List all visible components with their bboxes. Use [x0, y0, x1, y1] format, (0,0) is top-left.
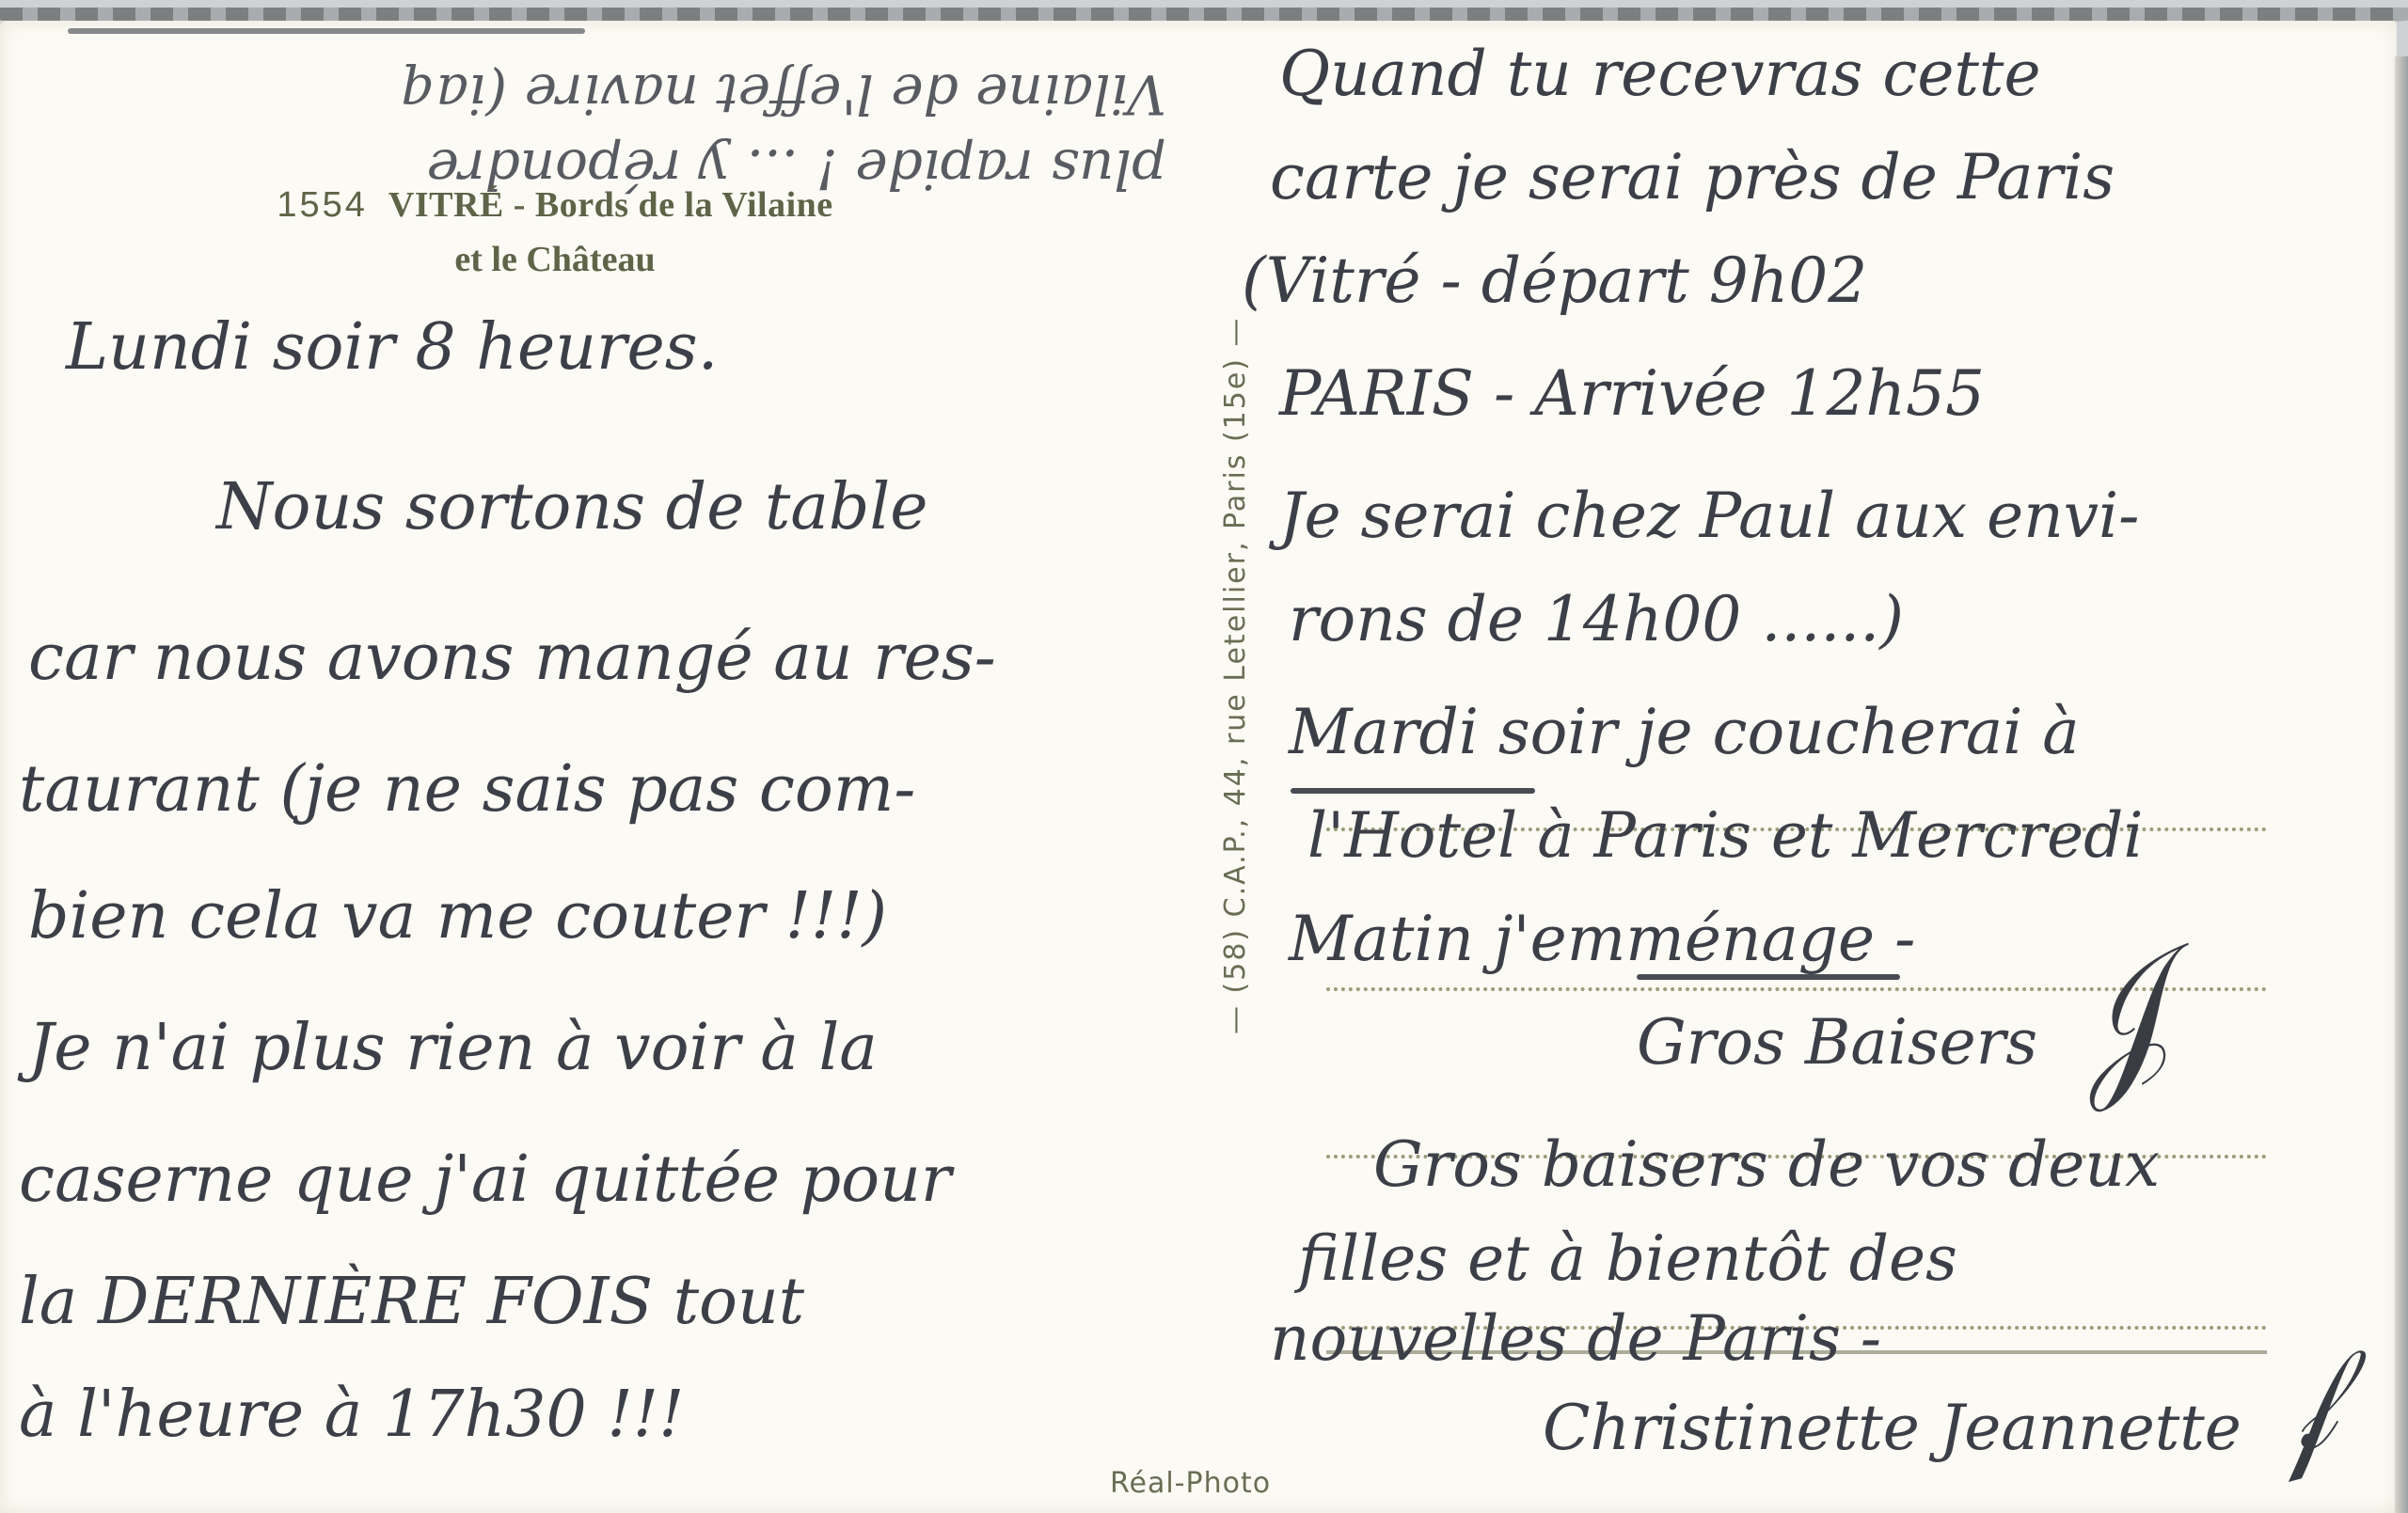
upside-down-note: plus rapide ! ... y répondre Vilaine de …	[19, 47, 1166, 207]
caption-subtitle: et le Château	[150, 239, 959, 280]
right-line-11: Gros baisers de vos deux	[1373, 1128, 2160, 1201]
right-line-10: Gros Baisers	[1637, 1006, 2037, 1079]
right-line-5: Je serai chez Paul aux envi-	[1279, 480, 2139, 552]
card-right-edge	[2395, 56, 2408, 1513]
left-line-1: Lundi soir 8 heures.	[66, 310, 718, 385]
right-line-12: filles et à bientôt des	[1298, 1222, 1957, 1295]
underline-mardi	[1291, 788, 1535, 794]
caption-number: 1554	[277, 185, 368, 225]
photo-credit: Réal-Photo	[1110, 1467, 1271, 1500]
left-line-5: bien cela va me couter !!!)	[28, 879, 887, 954]
left-line-9: à l'heure à 17h30 !!!	[19, 1378, 684, 1452]
caption-title-line: 1554VITRÉ - Bords de la Vilaine	[150, 184, 959, 226]
upside-note-line-2: Vilaine de l'effet navire (iaq	[19, 56, 1166, 132]
handwritten-top-rule	[68, 28, 585, 34]
right-line-1: Quand tu recevras cette	[1279, 38, 2041, 110]
left-line-2: Nous sortons de table	[216, 470, 927, 544]
left-line-7: caserne que j'ai quittée pour	[19, 1143, 951, 1217]
caption-title: VITRÉ - Bords de la Vilaine	[388, 185, 833, 225]
left-line-8: la DERNIÈRE FOIS tout	[19, 1265, 804, 1339]
right-line-9: Matin j'emménage -	[1289, 903, 1915, 975]
left-line-4: taurant (je ne sais pas com-	[19, 752, 915, 827]
right-line-8: l'Hotel à Paris et Mercredi	[1307, 799, 2144, 872]
right-line-6: rons de 14h00 ......)	[1289, 583, 1904, 655]
right-line-3: (Vitré - départ 9h02	[1242, 244, 1867, 317]
underline-emmenage	[1637, 974, 1900, 980]
right-line-7: Mardi soir je coucherai à	[1289, 696, 2080, 768]
right-line-14: Christinette Jeannette	[1543, 1392, 2242, 1464]
printer-credit: — (58) C.A.P., 44, rue Letellier, Paris …	[1219, 316, 1252, 1034]
right-line-13: nouvelles de Paris -	[1270, 1302, 1881, 1375]
left-line-6: Je n'ai plus rien à voir à la	[28, 1011, 878, 1085]
right-line-4: PARIS - Arrivée 12h55	[1279, 357, 1985, 430]
right-line-2: carte je serai près de Paris	[1270, 141, 2115, 213]
printed-caption: 1554VITRÉ - Bords de la Vilaine et le Ch…	[150, 184, 959, 280]
left-line-3: car nous avons mangé au res-	[28, 621, 996, 695]
